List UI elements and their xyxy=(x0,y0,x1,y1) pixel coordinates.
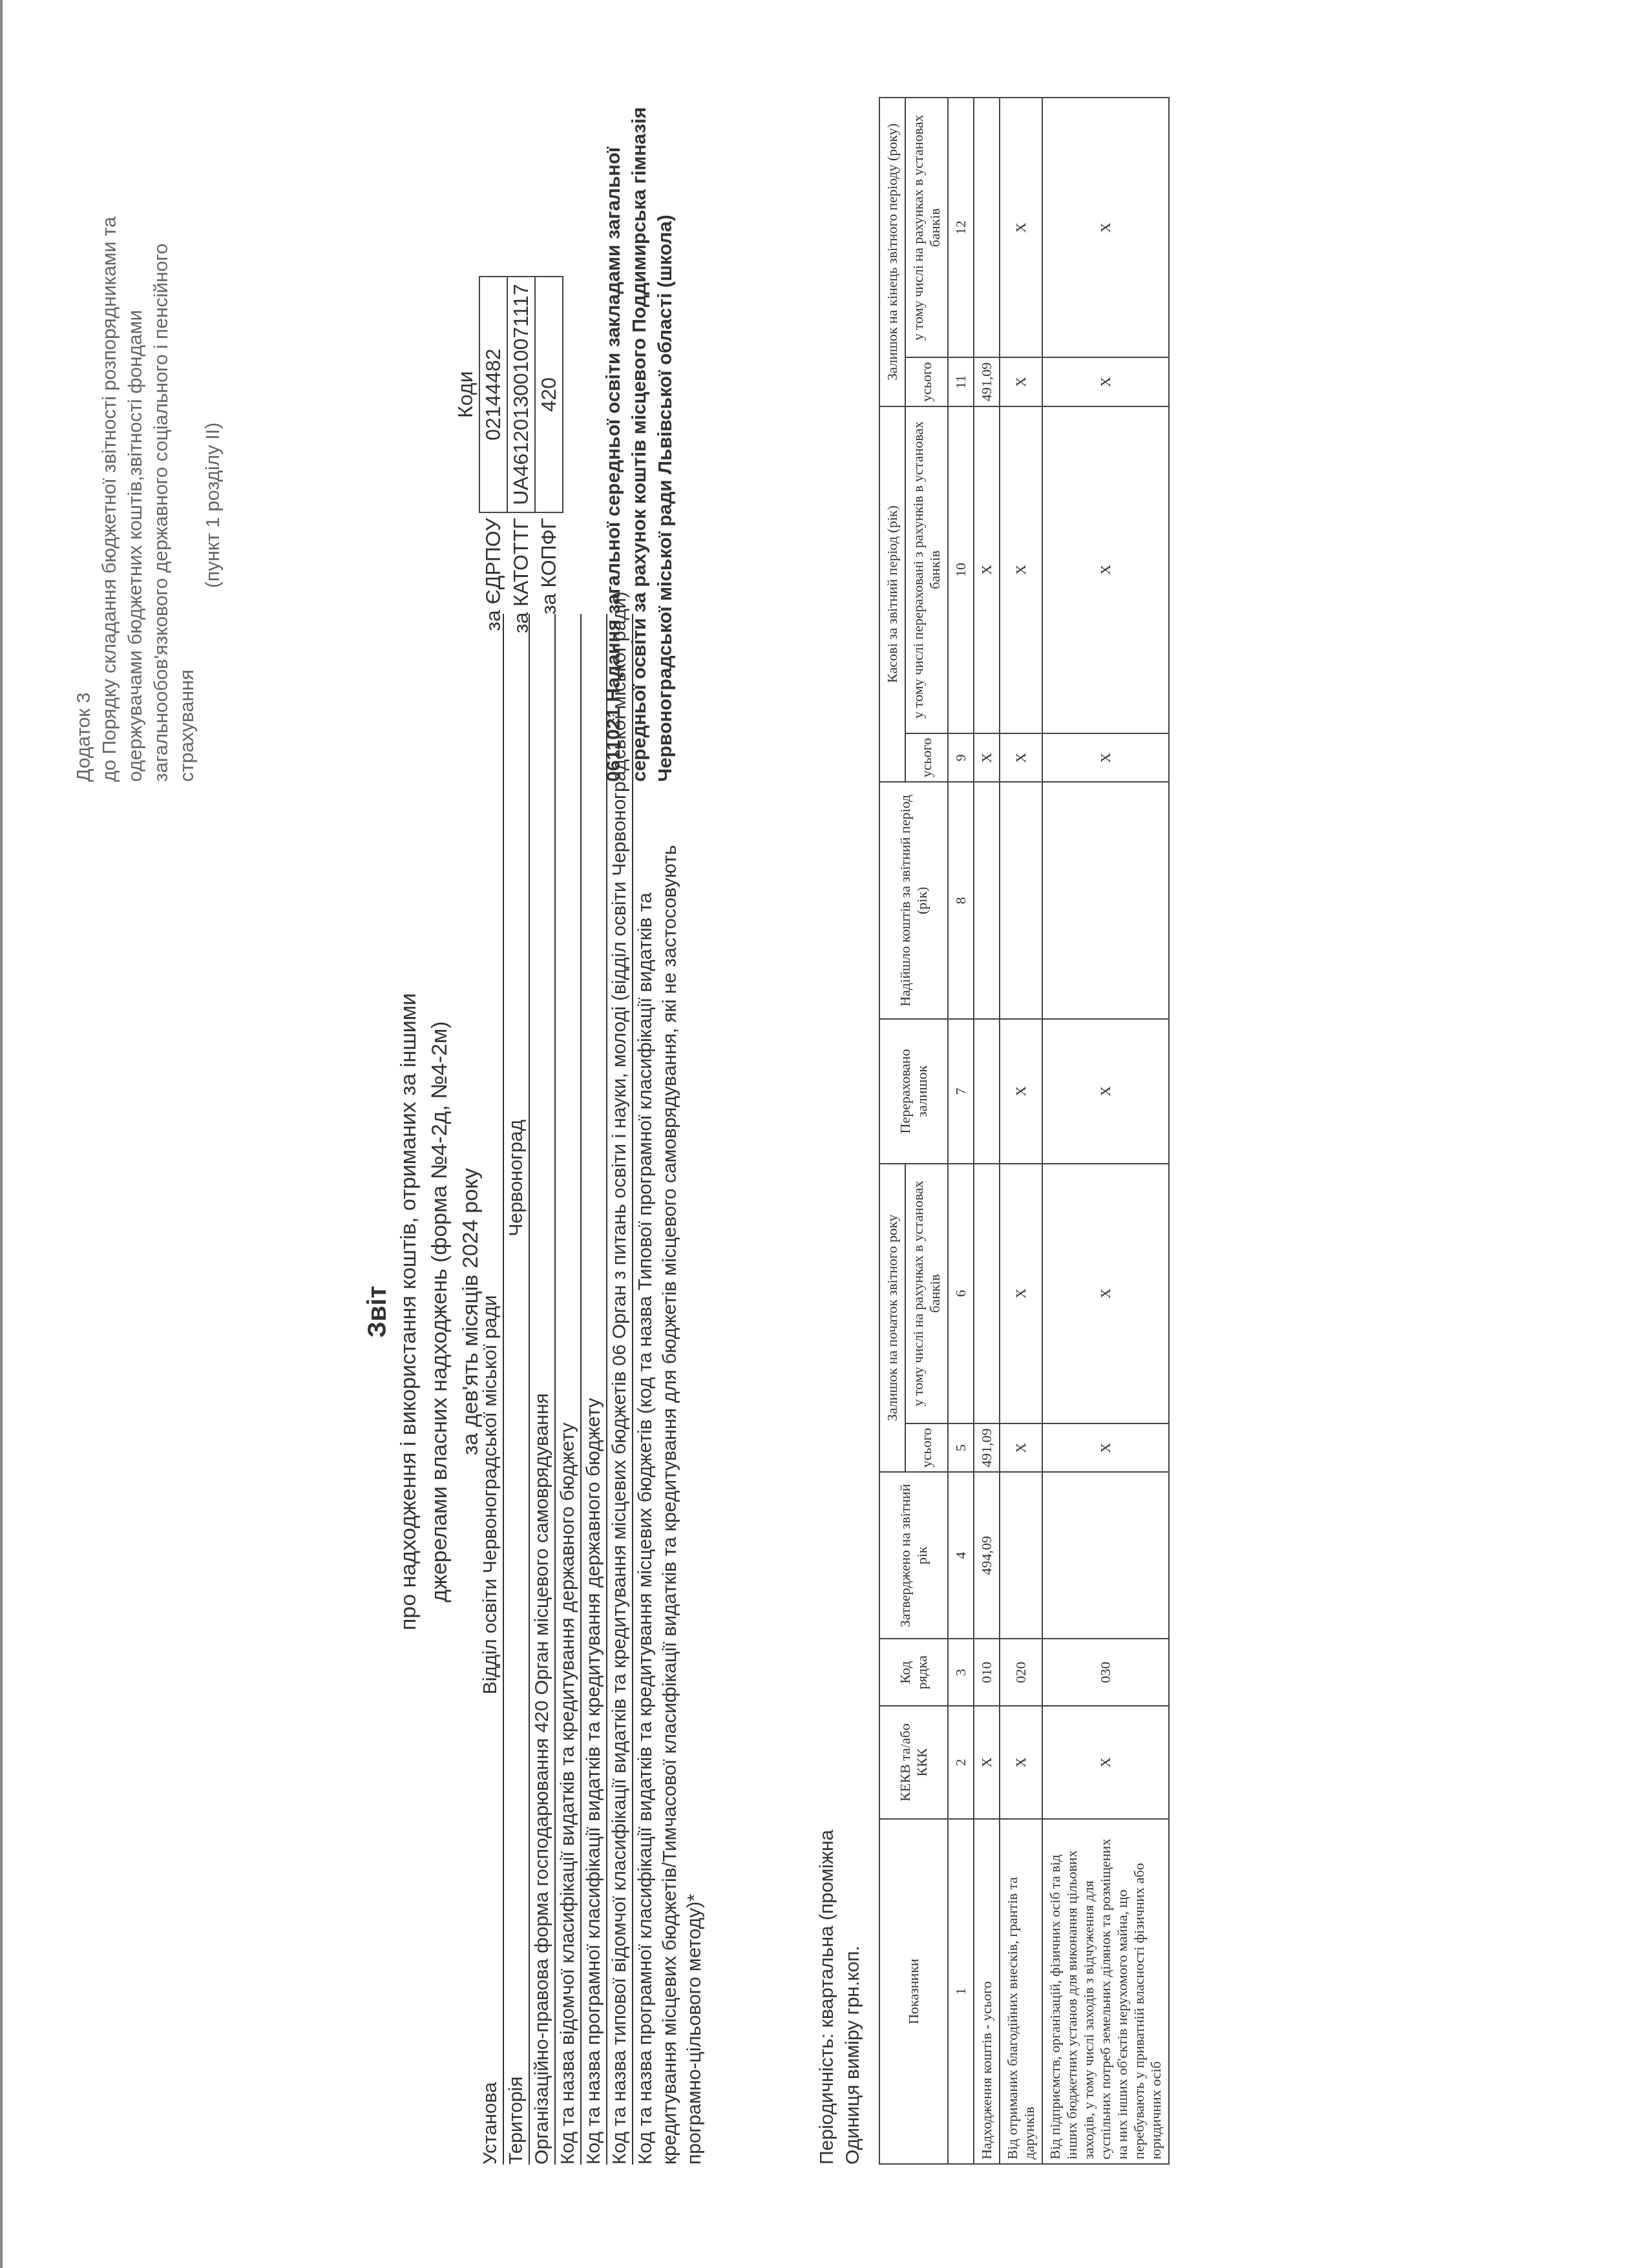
table-row: Від отриманих благодійних внесків, грант… xyxy=(1000,98,1042,2164)
institution-label: Установа xyxy=(479,2082,501,2165)
col-number: 7 xyxy=(948,1019,974,1163)
codes-title: Коди xyxy=(452,277,479,512)
org-form-row: Організаційно-правова форма господарюван… xyxy=(530,614,556,2165)
table-cell: X xyxy=(974,733,1000,782)
typical-class-row: Код та назва типової відомчої класифікац… xyxy=(607,614,633,2165)
col-number: 6 xyxy=(948,1164,974,1423)
table-cell: X xyxy=(1000,1164,1042,1423)
table-cell: X xyxy=(974,406,1000,733)
appendix-line: до Порядку складання бюджетної звітності… xyxy=(97,39,123,782)
appendix-line: (пункт 1 розділу II) xyxy=(200,39,226,782)
title-line: джерелами власних надходжень (форма №4-2… xyxy=(424,666,455,1958)
report-title: Звіт про надходження і використання кошт… xyxy=(362,666,486,1958)
table-cell xyxy=(974,1164,1000,1423)
table-cell: 494,09 xyxy=(974,1472,1000,1639)
period-block: Періодичність: квартальна (проміжна Один… xyxy=(814,1830,866,2165)
table-cell xyxy=(1042,1472,1169,1639)
table-cell: 491,09 xyxy=(974,1423,1000,1472)
table-cell: 030 xyxy=(1042,1639,1169,1706)
table-cell xyxy=(974,98,1000,357)
table-cell: X xyxy=(1042,406,1169,733)
table-cell xyxy=(1000,1472,1042,1639)
col-header: Залишок на початок звітного року xyxy=(879,1164,905,1473)
local-class-row: Код та назва програмної класифікації вид… xyxy=(633,808,707,2165)
table-cell: X xyxy=(1000,98,1042,357)
col-number: 2 xyxy=(948,1706,974,1819)
col-number: 1 xyxy=(948,1819,974,2164)
institution-value: Відділ освіти Червоноградської міської р… xyxy=(479,1295,501,1694)
table-cell: X xyxy=(1042,1164,1169,1423)
table-cell: X xyxy=(1042,1706,1169,1819)
unit-of-measure: Одиниця виміру грн.коп. xyxy=(840,1830,866,2165)
scan-edge xyxy=(0,0,3,2268)
report-header: УстановаВідділ освіти Червоноградської м… xyxy=(478,614,707,2165)
territory-row: ТериторіяЧервоноград xyxy=(504,614,530,2165)
appendix-note: Додаток 3 до Порядку складання бюджетної… xyxy=(71,39,226,782)
table-cell: X xyxy=(1042,1019,1169,1163)
table-cell: X xyxy=(1000,357,1042,406)
col-number: 4 xyxy=(948,1472,974,1639)
col-header: Затверджено на звітний рік xyxy=(879,1472,948,1639)
col-header: усього xyxy=(905,1423,948,1472)
codes-block: Коди за ЄДРПОУ02144482 за КАТОТТГUA46120… xyxy=(452,276,563,640)
table-cell: Надходження коштів - усього xyxy=(974,1819,1000,2164)
table-cell xyxy=(974,782,1000,1019)
appendix-line: одержувачами бюджетних коштів,звітності … xyxy=(123,39,149,782)
appendix-line: Додаток 3 xyxy=(71,39,97,782)
table-cell: 020 xyxy=(1000,1639,1042,1706)
col-header: Надійшло коштів за звітний період (рік) xyxy=(879,782,948,1019)
institution-row: УстановаВідділ освіти Червоноградської м… xyxy=(478,614,504,2165)
table-cell: X xyxy=(1000,1423,1042,1472)
appendix-line: страхування xyxy=(174,39,200,782)
table-row: Від підприємств, організацій, фізичних о… xyxy=(1042,98,1169,2164)
appendix-line: загальнообов'язкового державного соціаль… xyxy=(149,39,174,782)
dept-class-row: Код та назва відомчої класифікації видат… xyxy=(556,614,582,2165)
title-line: про надходження і використання коштів, о… xyxy=(393,666,424,1958)
code-label: за ЄДРПОУ xyxy=(479,512,507,640)
col-number: 8 xyxy=(948,782,974,1019)
col-number: 12 xyxy=(948,98,974,357)
report-table: ПоказникиКЕКВ та/або ККККод рядкаЗатверд… xyxy=(879,97,1170,2165)
table-cell: X xyxy=(1000,733,1042,782)
program-name: 0611021 Надання загальної середньої осві… xyxy=(601,71,678,782)
code-label: за КОПФГ xyxy=(535,512,563,640)
col-header: Показники xyxy=(879,1819,948,2164)
table-cell xyxy=(974,1019,1000,1163)
table-cell: 491,09 xyxy=(974,357,1000,406)
table-cell: X xyxy=(1042,98,1169,357)
col-header: КЕКВ та/або ККК xyxy=(879,1706,948,1819)
title-heading: Звіт xyxy=(362,666,393,1958)
col-header: усього xyxy=(905,357,948,406)
col-number: 11 xyxy=(948,357,974,406)
territory-label: Територія xyxy=(505,2077,527,2165)
table-cell xyxy=(1042,782,1169,1019)
table-cell: X xyxy=(1000,1019,1042,1163)
periodicity: Періодичність: квартальна (проміжна xyxy=(814,1830,840,2165)
table-cell: Від підприємств, організацій, фізичних о… xyxy=(1042,1819,1169,2164)
col-number: 3 xyxy=(948,1639,974,1706)
code-value: 420 xyxy=(535,277,563,512)
code-label: за КАТОТТГ xyxy=(507,512,535,640)
col-number: 10 xyxy=(948,406,974,733)
column-numbers: 123456789101112 xyxy=(948,98,974,2164)
code-value: 02144482 xyxy=(479,277,507,512)
col-header: у тому числі на рахунках в установах бан… xyxy=(905,1164,948,1423)
table-cell: X xyxy=(1042,357,1169,406)
document-page: Додаток 3 до Порядку складання бюджетної… xyxy=(0,0,1649,2268)
col-number: 9 xyxy=(948,733,974,782)
table-cell xyxy=(1000,782,1042,1019)
col-header: у тому числі перераховані з рахунків в у… xyxy=(905,406,948,733)
table-row: Надходження коштів - усьогоX010494,09491… xyxy=(974,98,1000,2164)
col-header: Перераховано залишок xyxy=(879,1019,948,1163)
col-number: 5 xyxy=(948,1423,974,1472)
table-cell: Від отриманих благодійних внесків, грант… xyxy=(1000,1819,1042,2164)
table-cell: X xyxy=(1042,733,1169,782)
col-header: усього xyxy=(905,733,948,782)
col-header: у тому числі на рахунках в установах бан… xyxy=(905,98,948,357)
col-header: Касові за звітний період (рік) xyxy=(879,406,905,782)
table-cell: 010 xyxy=(974,1639,1000,1706)
col-header: Код рядка xyxy=(879,1639,948,1706)
table-cell: X xyxy=(1042,1423,1169,1472)
territory-value: Червоноград xyxy=(505,1120,527,1237)
code-value: UA46120130010071117 xyxy=(507,277,535,512)
col-header: Залишок на кінець звітного періоду (року… xyxy=(879,98,905,406)
table-cell: X xyxy=(1000,406,1042,733)
table-cell: X xyxy=(1000,1706,1042,1819)
prog-class-row: Код та назва програмної класифікації вид… xyxy=(582,614,607,2165)
table-cell: X xyxy=(974,1706,1000,1819)
